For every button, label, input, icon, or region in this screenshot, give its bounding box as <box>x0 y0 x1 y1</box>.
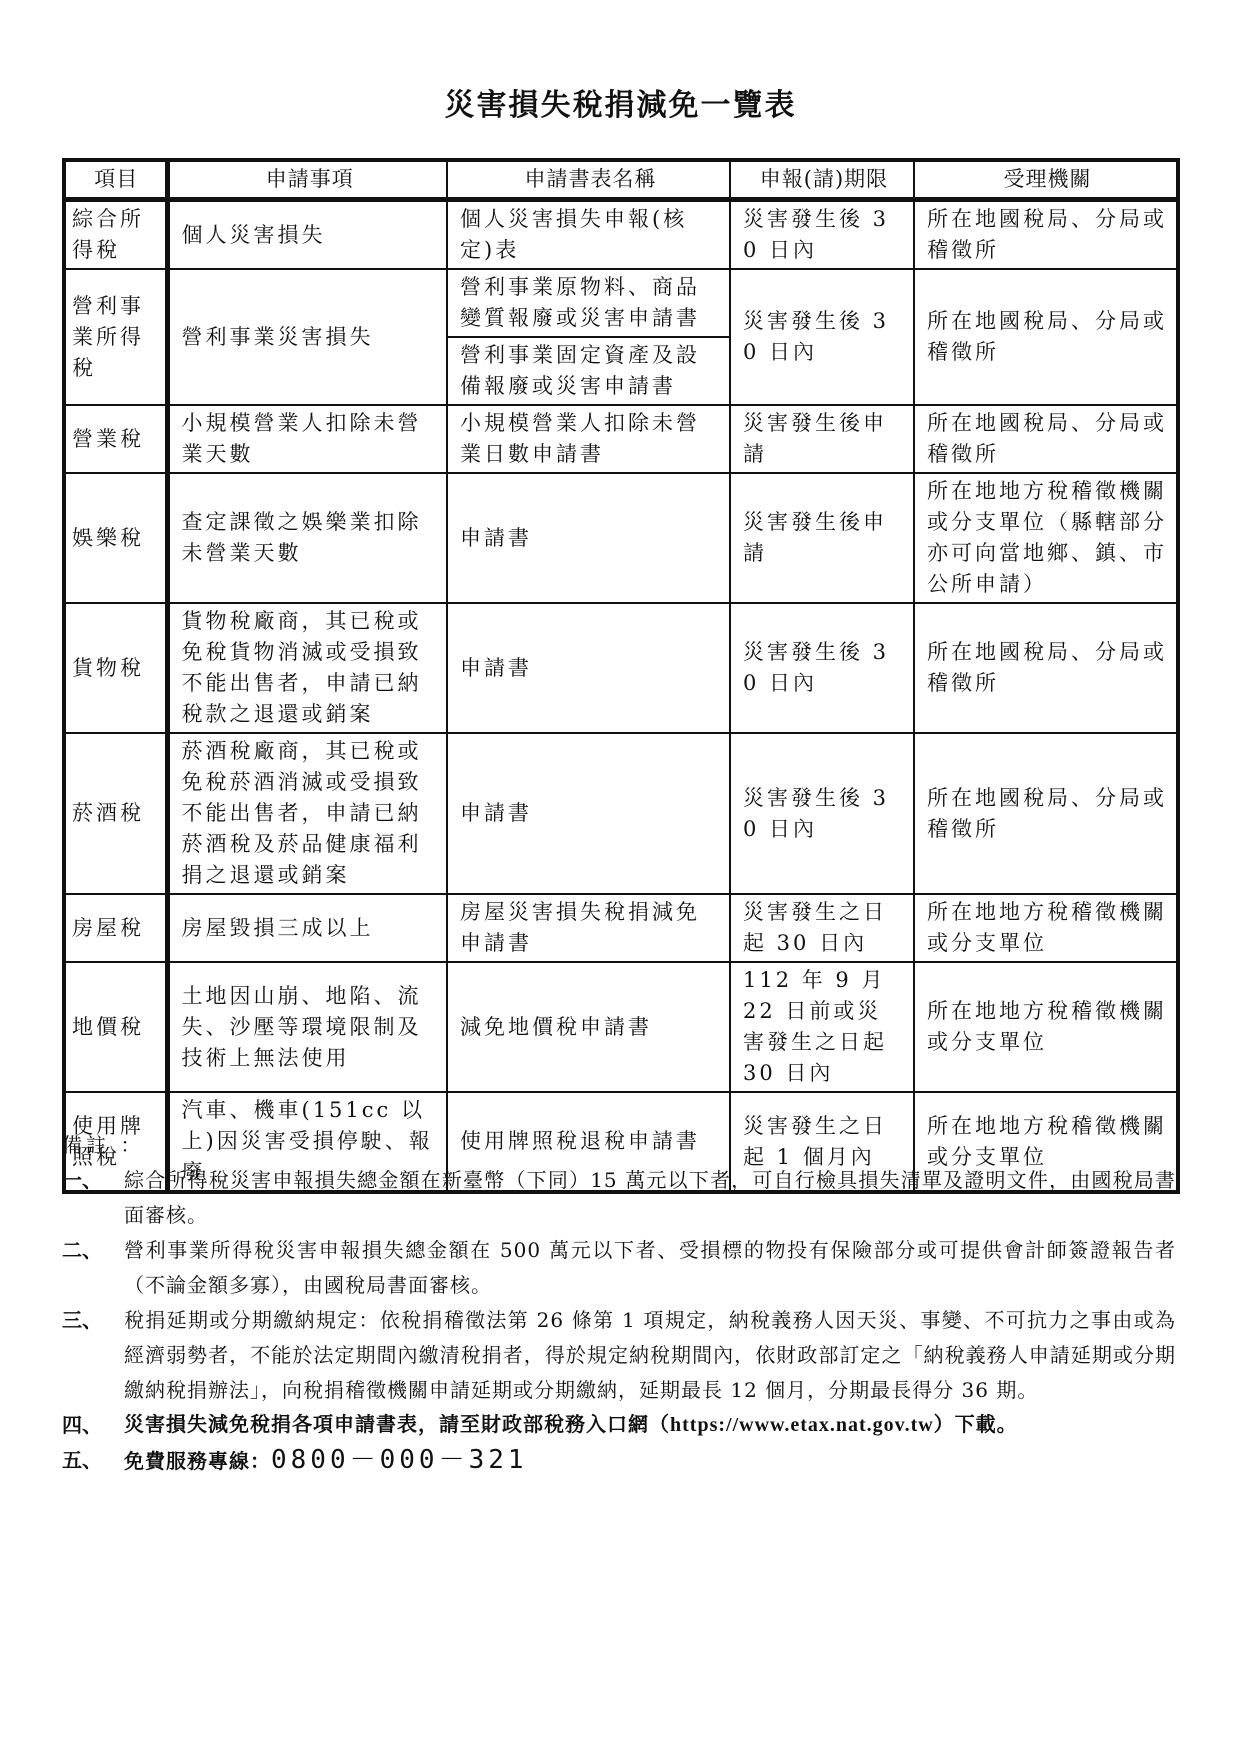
row-agency: 所在地國稅局、分局或稽徵所 <box>914 200 1178 270</box>
note-text: 綜合所得稅災害申報損失總金額在新臺幣（下同）15 萬元以下者，可自行檢具損失清單… <box>124 1163 1176 1233</box>
notes-section: 備註 ： 一、 綜合所得稅災害申報損失總金額在新臺幣（下同）15 萬元以下者，可… <box>62 1128 1176 1480</box>
table-row: 菸酒稅 菸酒稅廠商，其已稅或免稅菸酒消滅或受損致不能出售者，申請已納菸酒稅及菸品… <box>64 733 1178 894</box>
row-item: 房屋稅 <box>64 894 167 962</box>
row-matter: 營利事業災害損失 <box>167 269 447 405</box>
row-deadline: 災害發生之日起 30 日內 <box>730 894 914 962</box>
row-matter: 小規模營業人扣除未營業天數 <box>167 405 447 473</box>
row-matter: 貨物稅廠商，其已稅或免稅貨物消滅或受損致不能出售者，申請已納稅款之退還或銷案 <box>167 603 447 733</box>
row-agency: 所在地地方稅稽徵機關或分支單位（縣轄部分亦可向當地鄉、鎮、市公所申請） <box>914 473 1178 603</box>
table-row: 娛樂稅 查定課徵之娛樂業扣除未營業天數 申請書 災害發生後申請 所在地地方稅稽徵… <box>64 473 1178 603</box>
table-row: 營業稅 小規模營業人扣除未營業天數 小規模營業人扣除未營業日數申請書 災害發生後… <box>64 405 1178 473</box>
table-header-row: 項目 申請事項 申請書表名稱 申報(請)期限 受理機關 <box>64 160 1178 200</box>
row-deadline: 災害發生後 30 日內 <box>730 603 914 733</box>
note-item: 二、 營利事業所得稅災害申報損失總金額在 500 萬元以下者、受損標的物投有保險… <box>62 1233 1176 1303</box>
row-matter: 土地因山崩、地陷、流失、沙壓等環境限制及技術上無法使用 <box>167 962 447 1092</box>
document-title: 災害損失稅捐減免一覽表 <box>0 80 1241 124</box>
table-row: 貨物稅 貨物稅廠商，其已稅或免稅貨物消滅或受損致不能出售者，申請已納稅款之退還或… <box>64 603 1178 733</box>
row-item: 菸酒稅 <box>64 733 167 894</box>
row-item: 營利事業所得稅 <box>64 269 167 405</box>
table-row: 地價稅 土地因山崩、地陷、流失、沙壓等環境限制及技術上無法使用 減免地價稅申請書… <box>64 962 1178 1092</box>
row-form: 營利事業固定資產及設備報廢或災害申請書 <box>447 337 730 405</box>
row-agency: 所在地國稅局、分局或稽徵所 <box>914 733 1178 894</box>
hotline-phone: 0800－000－321 <box>271 1445 528 1475</box>
note-item-download: 四、 災害損失減免稅捐各項申請書表，請至財政部稅務入口網（https://www… <box>62 1408 1176 1443</box>
row-agency: 所在地國稅局、分局或稽徵所 <box>914 269 1178 405</box>
header-forms: 申請書表名稱 <box>447 160 730 200</box>
note-text-download: 災害損失減免稅捐各項申請書表，請至財政部稅務入口網（https://www.et… <box>124 1408 1176 1443</box>
header-item: 項目 <box>64 160 167 200</box>
header-deadline: 申報(請)期限 <box>730 160 914 200</box>
row-form: 房屋災害損失稅捐減免申請書 <box>447 894 730 962</box>
row-deadline: 災害發生後 30 日內 <box>730 200 914 270</box>
row-matter: 個人災害損失 <box>167 200 447 270</box>
header-agency: 受理機關 <box>914 160 1178 200</box>
notes-heading: 備註 ： <box>62 1128 1176 1163</box>
note-text-hotline: 免費服務專線：0800－000－321 <box>124 1443 1176 1480</box>
row-agency: 所在地地方稅稽徵機關或分支單位 <box>914 894 1178 962</box>
note-item: 一、 綜合所得稅災害申報損失總金額在新臺幣（下同）15 萬元以下者，可自行檢具損… <box>62 1163 1176 1233</box>
row-item: 營業稅 <box>64 405 167 473</box>
note-text: 稅捐延期或分期繳納規定：依稅捐稽徵法第 26 條第 1 項規定，納稅義務人因天災… <box>124 1303 1176 1408</box>
note-number: 五、 <box>62 1443 124 1480</box>
table-row: 綜合所得稅 個人災害損失 個人災害損失申報(核定)表 災害發生後 30 日內 所… <box>64 200 1178 270</box>
header-matter: 申請事項 <box>167 160 447 200</box>
tax-relief-table: 項目 申請事項 申請書表名稱 申報(請)期限 受理機關 綜合所得稅 個人災害損失… <box>62 158 1180 1194</box>
row-deadline: 112 年 9 月 22 日前或災害發生之日起 30 日內 <box>730 962 914 1092</box>
note-item: 三、 稅捐延期或分期繳納規定：依稅捐稽徵法第 26 條第 1 項規定，納稅義務人… <box>62 1303 1176 1408</box>
row-form: 申請書 <box>447 473 730 603</box>
row-deadline: 災害發生後申請 <box>730 405 914 473</box>
row-form: 申請書 <box>447 733 730 894</box>
row-item: 貨物稅 <box>64 603 167 733</box>
row-deadline: 災害發生後 30 日內 <box>730 733 914 894</box>
row-item: 地價稅 <box>64 962 167 1092</box>
note-item-hotline: 五、 免費服務專線：0800－000－321 <box>62 1443 1176 1480</box>
row-matter: 房屋毀損三成以上 <box>167 894 447 962</box>
row-agency: 所在地地方稅稽徵機關或分支單位 <box>914 962 1178 1092</box>
row-item: 綜合所得稅 <box>64 200 167 270</box>
note-number: 四、 <box>62 1408 124 1443</box>
row-form: 減免地價稅申請書 <box>447 962 730 1092</box>
note-text: 營利事業所得稅災害申報損失總金額在 500 萬元以下者、受損標的物投有保險部分或… <box>124 1233 1176 1303</box>
table-row: 營利事業所得稅 營利事業災害損失 營利事業原物料、商品變質報廢或災害申請書 災害… <box>64 269 1178 337</box>
table-row: 房屋稅 房屋毀損三成以上 房屋災害損失稅捐減免申請書 災害發生之日起 30 日內… <box>64 894 1178 962</box>
hotline-label: 免費服務專線： <box>124 1451 271 1473</box>
note-number: 三、 <box>62 1303 124 1408</box>
row-form: 小規模營業人扣除未營業日數申請書 <box>447 405 730 473</box>
note-number: 二、 <box>62 1233 124 1303</box>
row-deadline: 災害發生後 30 日內 <box>730 269 914 405</box>
row-form: 申請書 <box>447 603 730 733</box>
row-form: 營利事業原物料、商品變質報廢或災害申請書 <box>447 269 730 337</box>
note-number: 一、 <box>62 1163 124 1233</box>
row-deadline: 災害發生後申請 <box>730 473 914 603</box>
row-form: 個人災害損失申報(核定)表 <box>447 200 730 270</box>
row-item: 娛樂稅 <box>64 473 167 603</box>
row-matter: 查定課徵之娛樂業扣除未營業天數 <box>167 473 447 603</box>
row-matter: 菸酒稅廠商，其已稅或免稅菸酒消滅或受損致不能出售者，申請已納菸酒稅及菸品健康福利… <box>167 733 447 894</box>
row-agency: 所在地國稅局、分局或稽徵所 <box>914 405 1178 473</box>
row-agency: 所在地國稅局、分局或稽徵所 <box>914 603 1178 733</box>
